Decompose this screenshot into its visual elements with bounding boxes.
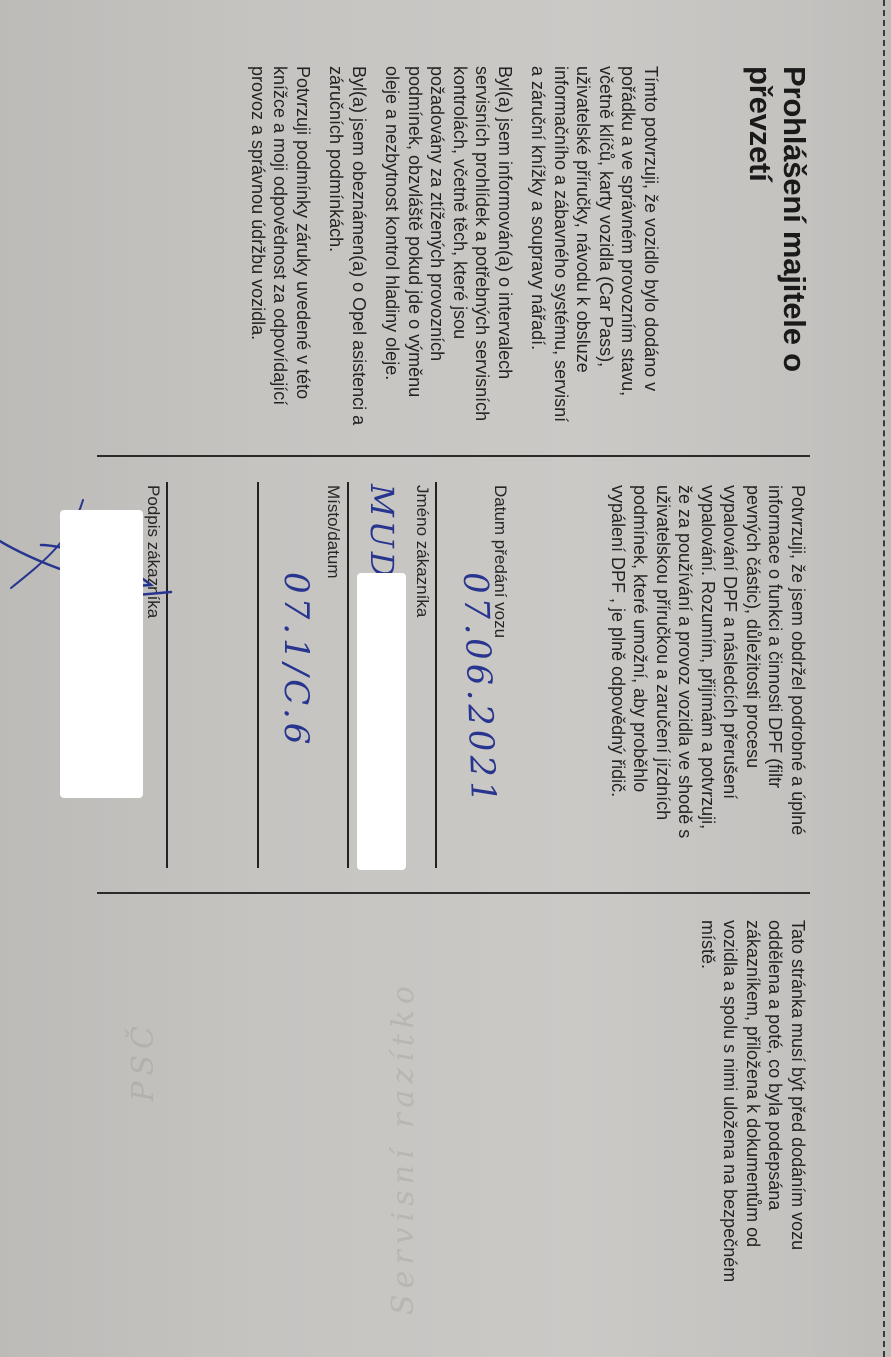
redaction-box: [357, 573, 406, 870]
redaction-box: [60, 510, 143, 798]
instruction-column: Tato stránka musí být před dodáním vozu …: [686, 920, 810, 1290]
column-divider: [97, 892, 810, 894]
document-page: Servisní razítko PSČ Prohlášení majitele…: [0, 0, 891, 1357]
paragraph: Tato stránka musí být před dodáním vozu …: [697, 920, 810, 1290]
